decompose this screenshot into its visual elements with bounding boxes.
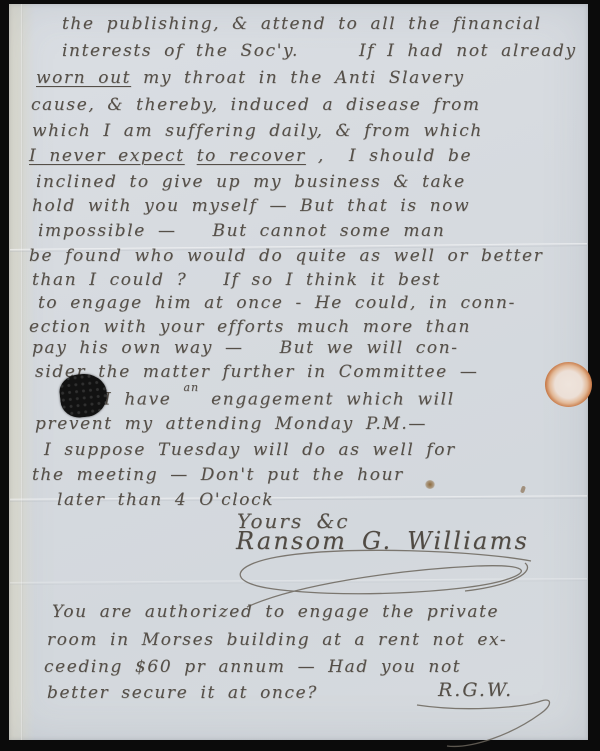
letter-line: interests of the Soc'y. If I had not alr… — [62, 41, 577, 61]
letter-line: ceeding $60 pr annum — Had you not — [44, 657, 461, 677]
letter-line: the publishing, & attend to all the fina… — [62, 14, 542, 34]
letter-line: be found who would do quite as well or b… — [29, 246, 543, 266]
letter-line: later than 4 O'clock — [57, 490, 274, 510]
letter-line: sider the matter further in Committee — — [35, 362, 478, 382]
letter-line: You are authorized to engage the private — [52, 602, 499, 622]
scanned-letter-screenshot: { "colors": { "background": "#0b0b0b", "… — [0, 0, 600, 751]
letter-line: better secure it at once? — [47, 683, 318, 703]
ink-spot — [425, 480, 435, 489]
letter-line: I suppose Tuesday will do as well for — [44, 440, 456, 460]
letter-line: inclined to give up my business & take — [36, 172, 466, 192]
letter-line: hold with you myself — But that is now — [32, 196, 470, 216]
letter-line: prevent my attending Monday P.M.— — [35, 414, 427, 434]
letter-line: to engage him at once - He could, in con… — [38, 293, 516, 313]
wax-seal-stain — [545, 362, 592, 407]
paper-edge-crease — [21, 4, 23, 740]
letter-line: than I could ? If so I think it best — [32, 270, 441, 290]
letter-line: cause, & thereby, induced a disease from — [31, 95, 481, 115]
initials-flourish — [413, 697, 558, 751]
letter-line: impossible — But cannot some man — [38, 221, 445, 241]
letter-line: worn out my throat in the Anti Slavery — [36, 68, 465, 88]
letter-line: ection with your efforts much more than — [29, 317, 471, 337]
letter-line: pay his own way — But we will con- — [32, 338, 459, 358]
letter-line: the meeting — Don't put the hour — [32, 465, 404, 485]
letter-line: I have an engagement which will — [104, 388, 455, 410]
letter-line: which I am suffering daily, & from which — [32, 121, 483, 141]
letter-line: room in Morses building at a rent not ex… — [47, 630, 507, 650]
letter-line: I never expect to recover , I should be — [29, 146, 472, 166]
